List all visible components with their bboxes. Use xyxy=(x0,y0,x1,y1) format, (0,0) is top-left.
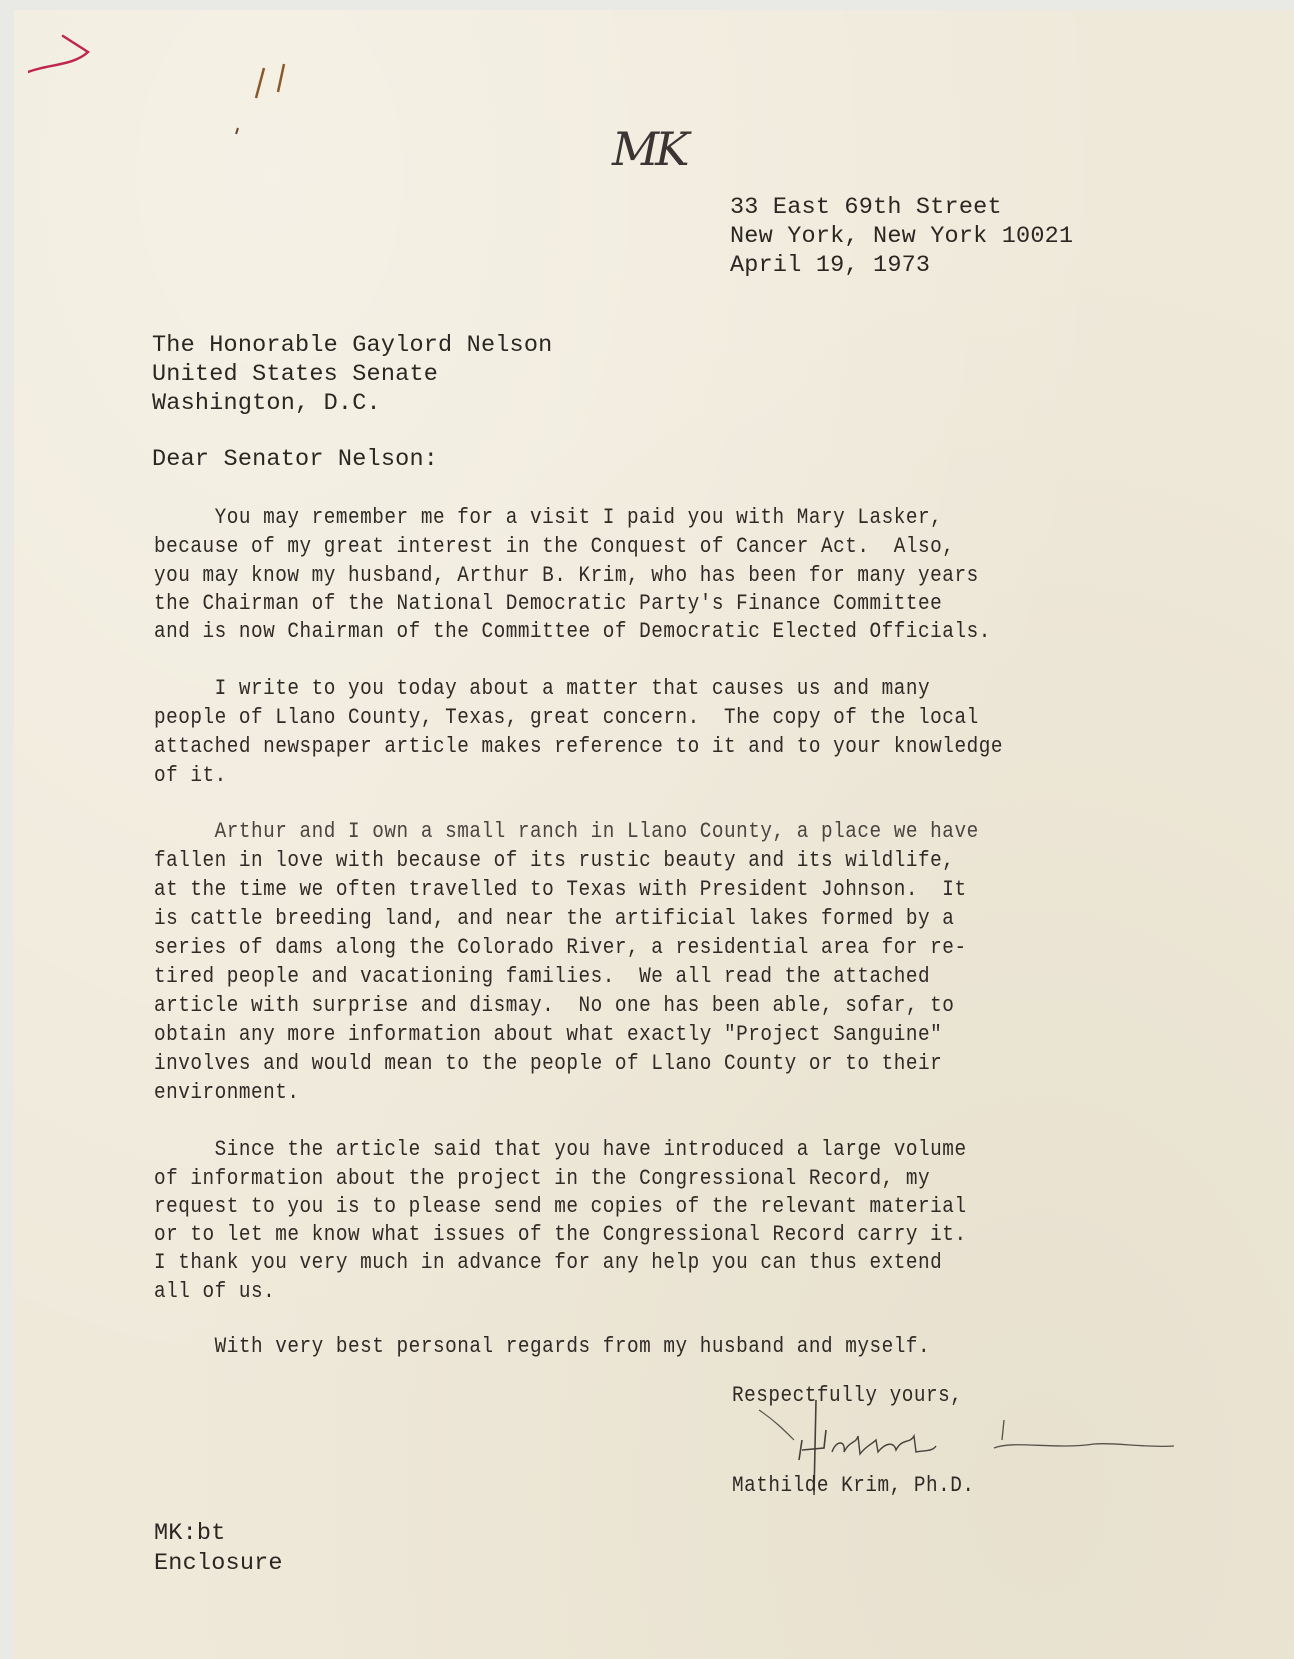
letter-date: April 19, 1973 xyxy=(730,252,930,279)
recipient-name: The Honorable Gaylord Nelson xyxy=(152,332,552,359)
paper-stain-marks-icon xyxy=(224,50,304,150)
reference-initials: MK:bt xyxy=(154,1520,226,1547)
paragraph-line: I write to you today about a matter that… xyxy=(154,675,930,701)
sender-address-city: New York, New York 10021 xyxy=(730,223,1073,250)
paragraph-line: is cattle breeding land, and near the ar… xyxy=(154,905,954,931)
paragraph-line: you may know my husband, Arthur B. Krim,… xyxy=(154,562,979,588)
paragraph-line: Arthur and I own a small ranch in Llano … xyxy=(154,818,979,844)
paragraph-line: article with surprise and dismay. No one… xyxy=(154,992,954,1018)
paragraph-line: You may remember me for a visit I paid y… xyxy=(154,504,942,530)
paragraph-line: fallen in love with because of its rusti… xyxy=(154,847,954,873)
paragraph-line: obtain any more information about what e… xyxy=(154,1021,942,1047)
letter-page: MK 33 East 69th Street New York, New Yor… xyxy=(14,10,1294,1659)
paragraph-line: I thank you very much in advance for any… xyxy=(154,1249,942,1275)
paragraph-line: of information about the project in the … xyxy=(154,1165,930,1191)
paragraph-line: environment. xyxy=(154,1079,300,1105)
paragraph-line: attached newspaper article makes referen… xyxy=(154,733,1003,759)
paragraph-line: at the time we often travelled to Texas … xyxy=(154,876,967,902)
paragraph-line: all of us. xyxy=(154,1278,275,1304)
paragraph-line: series of dams along the Colorado River,… xyxy=(154,934,967,960)
paragraph-line: because of my great interest in the Conq… xyxy=(154,533,954,559)
paragraph-line: of it. xyxy=(154,762,227,788)
paragraph-line: people of Llano County, Texas, great con… xyxy=(154,704,979,730)
paragraph-line: With very best personal regards from my … xyxy=(154,1333,930,1359)
red-pen-mark-icon xyxy=(28,28,118,78)
paragraph-line: the Chairman of the National Democratic … xyxy=(154,590,942,616)
sender-address-street: 33 East 69th Street xyxy=(730,194,1002,221)
signer-name: Mathilde Krim, Ph.D. xyxy=(732,1472,975,1498)
recipient-location: Washington, D.C. xyxy=(152,390,381,417)
paragraph-line: involves and would mean to the people of… xyxy=(154,1050,942,1076)
paragraph-line: tired people and vacationing families. W… xyxy=(154,963,930,989)
paragraph-line: and is now Chairman of the Committee of … xyxy=(154,618,991,644)
paragraph-line: request to you is to please send me copi… xyxy=(154,1193,967,1219)
enclosure-note: Enclosure xyxy=(154,1550,283,1577)
salutation: Dear Senator Nelson: xyxy=(152,446,438,473)
paragraph-line: or to let me know what issues of the Con… xyxy=(154,1221,967,1247)
paragraph-line: Since the article said that you have int… xyxy=(154,1136,967,1162)
recipient-organization: United States Senate xyxy=(152,361,438,388)
letterhead-monogram: MK xyxy=(612,122,685,176)
